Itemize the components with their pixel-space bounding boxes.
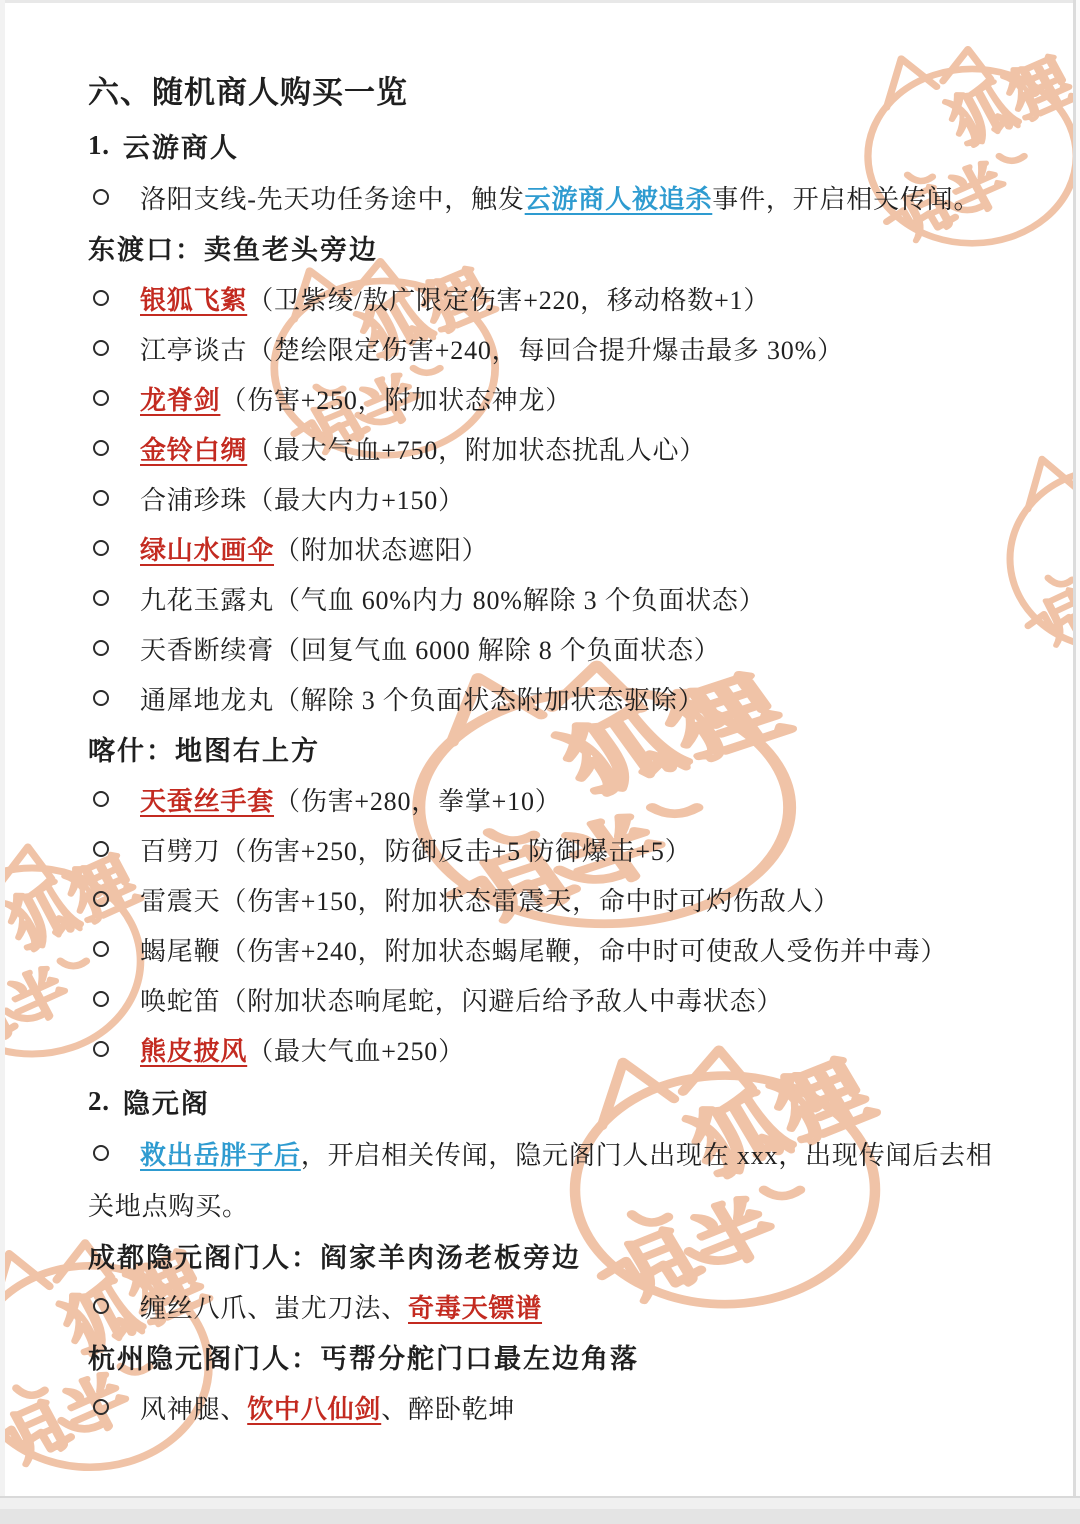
bullet-circle-icon	[93, 490, 109, 506]
list-item: 缠丝八爪、蚩尤刀法、奇毒天镖谱	[0, 1281, 1080, 1331]
bullet-circle-icon	[93, 440, 109, 456]
item-link[interactable]: 奇毒天镖谱	[408, 1288, 542, 1325]
text-run: 关地点购买。	[88, 1186, 249, 1223]
location-subheading: 杭州隐元阁门人：丐帮分舵门口最左边角落	[0, 1331, 1080, 1382]
item-link[interactable]: 饮中八仙剑	[247, 1389, 381, 1426]
item-link[interactable]: 熊皮披风	[140, 1031, 247, 1068]
list-item: 九花玉露丸（气血 60%内力 80%解除 3 个负面状态）	[0, 573, 1080, 623]
text-run: 江亭谈古（楚绘限定伤害+240，每回合提升爆击最多 30%）	[140, 330, 844, 367]
bullet-circle-icon	[93, 1298, 109, 1314]
bullet-circle-icon	[93, 791, 109, 807]
text-run: 百劈刀（伤害+250，防御反击+5 防御爆击+5）	[140, 831, 692, 868]
bullet-circle-icon	[93, 640, 109, 656]
viewer-right-margin	[1076, 0, 1080, 1524]
section-heading: 1.云游商人	[0, 118, 1080, 172]
list-item: 蝎尾鞭（伤害+240，附加状态蝎尾鞭，命中时可使敌人受伤并中毒）	[0, 924, 1080, 974]
list-item: 天蚕丝手套（伤害+280，拳掌+10）	[0, 774, 1080, 824]
page-title: 六、随机商人购买一览	[0, 60, 1080, 118]
text-run: ，开启相关传闻，隐元阁门人出现在 xxx，出现传闻后去相	[301, 1135, 993, 1172]
text-run: 天香断续膏（回复气血 6000 解除 8 个负面状态）	[140, 630, 721, 667]
bullet-circle-icon	[93, 189, 109, 205]
section-title: 隐元阁	[123, 1082, 210, 1121]
text-run: （附加状态遮阳）	[274, 530, 488, 567]
list-item: 银狐飞絮（卫紫绫/敖广限定伤害+220，移动格数+1）	[0, 273, 1080, 323]
bullet-circle-icon	[93, 1145, 109, 1161]
text-run: 唤蛇笛（附加状态响尾蛇，闪避后给予敌人中毒状态）	[140, 981, 783, 1018]
text-run: 杭州隐元阁门人：丐帮分舵门口最左边角落	[88, 1337, 639, 1376]
location-subheading: 喀什：地图右上方	[0, 723, 1080, 774]
text-run: 风神腿、	[140, 1389, 247, 1426]
viewer-left-edge	[0, 0, 5, 1524]
event-link[interactable]: 云游商人被追杀	[525, 179, 713, 216]
text-run: 东渡口：卖鱼老头旁边	[88, 228, 378, 267]
list-item: 洛阳支线-先天功任务途中，触发云游商人被追杀事件，开启相关传闻。	[0, 172, 1080, 222]
text-run: 成都隐元阁门人：阎家羊肉汤老板旁边	[88, 1236, 581, 1275]
bullet-circle-icon	[93, 1399, 109, 1415]
list-item: 百劈刀（伤害+250，防御反击+5 防御爆击+5）	[0, 824, 1080, 874]
viewer-top-edge	[0, 0, 1080, 3]
bullet-circle-icon	[93, 540, 109, 556]
bullet-circle-icon	[93, 891, 109, 907]
list-item: 救出岳胖子后，开启相关传闻，隐元阁门人出现在 xxx，出现传闻后去相	[0, 1128, 1080, 1178]
location-subheading: 东渡口：卖鱼老头旁边	[0, 222, 1080, 273]
bullet-circle-icon	[93, 841, 109, 857]
list-item: 绿山水画伞（附加状态遮阳）	[0, 523, 1080, 573]
event-link[interactable]: 救出岳胖子后	[140, 1135, 301, 1172]
list-item: 天香断续膏（回复气血 6000 解除 8 个负面状态）	[0, 623, 1080, 673]
text-run: （伤害+250，附加状态神龙）	[220, 380, 572, 417]
list-item: 金铃白绸（最大气血+750，附加状态扰乱人心）	[0, 423, 1080, 473]
page-gap-dark	[0, 1509, 1080, 1524]
list-item: 通犀地龙丸（解除 3 个负面状态附加状态驱除）	[0, 673, 1080, 723]
bullet-circle-icon	[93, 340, 109, 356]
text-run: 雷震天（伤害+150，附加状态雷震天，命中时可灼伤敌人）	[140, 881, 840, 918]
location-subheading: 成都隐元阁门人：阎家羊肉汤老板旁边	[0, 1230, 1080, 1281]
list-item: 龙脊剑（伤害+250，附加状态神龙）	[0, 373, 1080, 423]
text-run: 喀什：地图右上方	[88, 729, 320, 768]
list-item: 江亭谈古（楚绘限定伤害+240，每回合提升爆击最多 30%）	[0, 323, 1080, 373]
item-link[interactable]: 银狐飞絮	[140, 280, 247, 317]
text-run: 通犀地龙丸（解除 3 个负面状态附加状态驱除）	[140, 680, 704, 717]
document-page: 六、随机商人购买一览 1.云游商人洛阳支线-先天功任务途中，触发云游商人被追杀事…	[0, 0, 1080, 1432]
text-run: （最大气血+250）	[247, 1031, 465, 1068]
paragraph-continuation: 关地点购买。	[0, 1178, 1080, 1230]
section-number: 1.	[88, 130, 110, 161]
text-run: 洛阳支线-先天功任务途中，触发	[140, 179, 525, 216]
bullet-circle-icon	[93, 1041, 109, 1057]
item-link[interactable]: 金铃白绸	[140, 430, 247, 467]
bullet-circle-icon	[93, 290, 109, 306]
text-run: 九花玉露丸（气血 60%内力 80%解除 3 个负面状态）	[140, 580, 766, 617]
text-run: 合浦珍珠（最大内力+150）	[140, 480, 465, 517]
text-run: 事件，开启相关传闻。	[712, 179, 980, 216]
item-link[interactable]: 龙脊剑	[140, 380, 220, 417]
text-run: （伤害+280，拳掌+10）	[274, 781, 562, 818]
bullet-circle-icon	[93, 590, 109, 606]
item-link[interactable]: 天蚕丝手套	[140, 781, 274, 818]
section-number: 2.	[88, 1086, 110, 1117]
item-link[interactable]: 绿山水画伞	[140, 530, 274, 567]
bullet-circle-icon	[93, 991, 109, 1007]
section-heading: 2.隐元阁	[0, 1074, 1080, 1128]
page-gap-light	[0, 1498, 1080, 1509]
list-item: 雷震天（伤害+150，附加状态雷震天，命中时可灼伤敌人）	[0, 874, 1080, 924]
text-run: 蝎尾鞭（伤害+240，附加状态蝎尾鞭，命中时可使敌人受伤并中毒）	[140, 931, 947, 968]
text-run: （最大气血+750，附加状态扰乱人心）	[247, 430, 706, 467]
bullet-circle-icon	[93, 690, 109, 706]
list-item: 风神腿、饮中八仙剑、醉卧乾坤	[0, 1382, 1080, 1432]
text-run: 缠丝八爪、蚩尤刀法、	[140, 1288, 408, 1325]
text-run: 、醉卧乾坤	[381, 1389, 515, 1426]
document-body: 1.云游商人洛阳支线-先天功任务途中，触发云游商人被追杀事件，开启相关传闻。东渡…	[0, 118, 1080, 1432]
list-item: 合浦珍珠（最大内力+150）	[0, 473, 1080, 523]
list-item: 唤蛇笛（附加状态响尾蛇，闪避后给予敌人中毒状态）	[0, 974, 1080, 1024]
bullet-circle-icon	[93, 941, 109, 957]
text-run: （卫紫绫/敖广限定伤害+220，移动格数+1）	[247, 280, 770, 317]
list-item: 熊皮披风（最大气血+250）	[0, 1024, 1080, 1074]
document-viewer: 月半狐狸月半狐狸月半狐狸月半狐狸月半狐狸月半狐狸月半狐狸 六、随机商人购买一览 …	[0, 0, 1080, 1524]
section-title: 云游商人	[123, 126, 239, 165]
bullet-circle-icon	[93, 390, 109, 406]
